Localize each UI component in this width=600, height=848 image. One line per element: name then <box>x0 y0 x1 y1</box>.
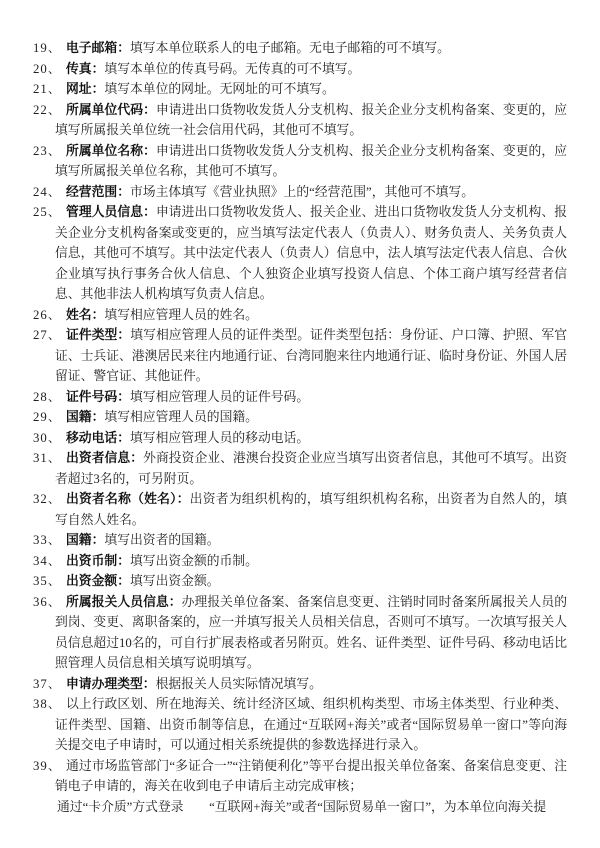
list-item: 24、 经营范围：市场主体填写《营业执照》上的“经营范围”，其他可不填写。 <box>55 182 567 203</box>
item-number: 31、 <box>33 448 62 469</box>
item-label: 电子邮箱： <box>66 41 130 55</box>
item-text: 填写出资者的国籍。 <box>104 533 219 547</box>
item-paragraph: 移动电话：填写相应管理人员的移动电话。 <box>55 428 567 449</box>
item-label: 出资者信息： <box>66 451 143 465</box>
list-item: 39、 通过市场监管部门“多证合一”“注销便利化”等平台提出报关单位备案、备案信… <box>55 756 567 818</box>
item-number: 24、 <box>33 182 62 203</box>
item-label: 所属单位名称： <box>66 144 156 158</box>
item-paragraph: 所属单位名称：申请进出口货物收发货人分支机构、报关企业分支机构备案、变更的，应填… <box>55 141 567 182</box>
item-paragraph: 姓名：填写相应管理人员的姓名。 <box>55 305 567 326</box>
item-paragraph: 国籍：填写相应管理人员的国籍。 <box>55 407 567 428</box>
item-paragraph: 证件号码：填写相应管理人员的证件号码。 <box>55 387 567 408</box>
list-item: 33、 国籍：填写出资者的国籍。 <box>55 530 567 551</box>
item-text: 填写相应管理人员的姓名。 <box>104 308 258 322</box>
item-label: 国籍： <box>66 533 104 547</box>
item-paragraph: 出资者信息：外商投资企业、港澳台投资企业应当填写出资者信息，其他可不填写。出资者… <box>55 448 567 489</box>
item-label: 经营范围： <box>66 185 130 199</box>
list-item: 34、 出资币制：填写出资金额的币制。 <box>55 551 567 572</box>
item-paragraph: 出资币制：填写出资金额的币制。 <box>55 551 567 572</box>
list-item: 37、 申请办理类型：根据报关人员实际情况填写。 <box>55 674 567 695</box>
item-paragraph: 所属报关人员信息：办理报关单位备案、备案信息变更、注销时同时备案所属报关人员的到… <box>55 592 567 674</box>
item-number: 23、 <box>33 141 62 162</box>
item-number: 28、 <box>33 387 62 408</box>
item-number: 21、 <box>33 79 62 100</box>
list-item: 26、 姓名：填写相应管理人员的姓名。 <box>55 305 567 326</box>
list-item: 23、 所属单位名称：申请进出口货物收发货人分支机构、报关企业分支机构备案、变更… <box>55 141 567 182</box>
list-item: 31、 出资者信息：外商投资企业、港澳台投资企业应当填写出资者信息，其他可不填写… <box>55 448 567 489</box>
item-paragraph: 经营范围：市场主体填写《营业执照》上的“经营范围”，其他可不填写。 <box>55 182 567 203</box>
item-paragraph: 以上行政区划、所在地海关、统计经济区域、组织机构类型、市场主体类型、行业种类、证… <box>55 694 567 756</box>
item-paragraph: 电子邮箱：填写本单位联系人的电子邮箱。无电子邮箱的可不填写。 <box>55 38 567 59</box>
item-text: 以上行政区划、所在地海关、统计经济区域、组织机构类型、市场主体类型、行业种类、证… <box>55 697 567 752</box>
item-number: 32、 <box>33 489 62 510</box>
item-label: 证件类型： <box>66 328 130 342</box>
list-item: 32、 出资者名称（姓名）：出资者为组织机构的，填写组织机构名称，出资者为自然人… <box>55 489 567 530</box>
item-text: 根据报关人员实际情况填写。 <box>156 677 322 691</box>
list-item: 19、 电子邮箱：填写本单位联系人的电子邮箱。无电子邮箱的可不填写。 <box>55 38 567 59</box>
item-text: 申请进出口货物收发货人、报关企业、进出口货物收发货人分支机构、报关企业分支机构备… <box>55 205 567 301</box>
item-number: 37、 <box>33 674 62 695</box>
item-text: 填写本单位的网址。无网址的可不填写。 <box>104 82 334 96</box>
item-text: 市场主体填写《营业执照》上的“经营范围”，其他可不填写。 <box>130 185 474 199</box>
item-paragraph: 证件类型：填写相应管理人员的证件类型。证件类型包括：身份证、户口簿、护照、军官证… <box>55 325 567 387</box>
item-paragraph-2: 通过“卡介质”方式登录 “互联网+海关”或者“国际贸易单一窗口”，为本单位向海关… <box>55 797 567 818</box>
item-number: 35、 <box>33 571 62 592</box>
item-paragraph: 出资者名称（姓名）：出资者为组织机构的，填写组织机构名称，出资者为自然人的，填写… <box>55 489 567 530</box>
item-paragraph: 管理人员信息：申请进出口货物收发货人、报关企业、进出口货物收发货人分支机构、报关… <box>55 202 567 305</box>
item-label: 传真： <box>66 62 104 76</box>
item-label: 证件号码： <box>66 390 130 404</box>
item-text: 填写本单位联系人的电子邮箱。无电子邮箱的可不填写。 <box>130 41 450 55</box>
item-number: 26、 <box>33 305 62 326</box>
item-label: 网址： <box>66 82 104 96</box>
item-label: 国籍： <box>66 410 104 424</box>
item-number: 38、 <box>33 694 62 715</box>
item-number: 39、 <box>33 756 62 777</box>
item-text: 填写相应管理人员的证件号码。 <box>130 390 309 404</box>
item-label: 申请办理类型： <box>66 677 156 691</box>
item-text: 通过市场监管部门“多证合一”“注销便利化”等平台提出报关单位备案、备案信息变更、… <box>55 759 567 794</box>
item-label: 姓名： <box>66 308 104 322</box>
list-item: 21、 网址：填写本单位的网址。无网址的可不填写。 <box>55 79 567 100</box>
item-number: 19、 <box>33 38 62 59</box>
item-paragraph: 国籍：填写出资者的国籍。 <box>55 530 567 551</box>
item-number: 20、 <box>33 59 62 80</box>
list-item: 28、 证件号码：填写相应管理人员的证件号码。 <box>55 387 567 408</box>
item-number: 29、 <box>33 407 62 428</box>
item-text: 填写相应管理人员的国籍。 <box>104 410 258 424</box>
item-text: 填写相应管理人员的移动电话。 <box>130 431 309 445</box>
item-paragraph: 传真：填写本单位的传真号码。无传真的可不填写。 <box>55 59 567 80</box>
item-number: 36、 <box>33 592 62 613</box>
item-number: 27、 <box>33 325 62 346</box>
list-item: 22、 所属单位代码：申请进出口货物收发货人分支机构、报关企业分支机构备案、变更… <box>55 100 567 141</box>
item-text: 填写出资金额。 <box>130 574 220 588</box>
list-item: 35、 出资金额：填写出资金额。 <box>55 571 567 592</box>
item-number: 34、 <box>33 551 62 572</box>
item-paragraph: 网址：填写本单位的网址。无网址的可不填写。 <box>55 79 567 100</box>
list-item: 29、 国籍：填写相应管理人员的国籍。 <box>55 407 567 428</box>
document-page: 19、 电子邮箱：填写本单位联系人的电子邮箱。无电子邮箱的可不填写。 20、 传… <box>0 0 600 848</box>
item-paragraph: 出资金额：填写出资金额。 <box>55 571 567 592</box>
item-text: 填写相应管理人员的证件类型。证件类型包括：身份证、户口簿、护照、军官证、士兵证、… <box>55 328 567 383</box>
item-label: 移动电话： <box>66 431 130 445</box>
list-item: 20、 传真：填写本单位的传真号码。无传真的可不填写。 <box>55 59 567 80</box>
list-item: 25、 管理人员信息：申请进出口货物收发货人、报关企业、进出口货物收发货人分支机… <box>55 202 567 305</box>
instruction-list: 19、 电子邮箱：填写本单位联系人的电子邮箱。无电子邮箱的可不填写。 20、 传… <box>55 38 567 817</box>
item-label: 出资币制： <box>66 554 130 568</box>
item-label: 出资者名称（姓名）： <box>66 492 190 506</box>
list-item: 36、 所属报关人员信息：办理报关单位备案、备案信息变更、注销时同时备案所属报关… <box>55 592 567 674</box>
item-paragraph: 通过市场监管部门“多证合一”“注销便利化”等平台提出报关单位备案、备案信息变更、… <box>55 756 567 797</box>
list-item: 38、 以上行政区划、所在地海关、统计经济区域、组织机构类型、市场主体类型、行业… <box>55 694 567 756</box>
item-label: 所属报关人员信息： <box>66 595 182 609</box>
item-number: 30、 <box>33 428 62 449</box>
item-paragraph: 所属单位代码：申请进出口货物收发货人分支机构、报关企业分支机构备案、变更的，应填… <box>55 100 567 141</box>
list-item: 27、 证件类型：填写相应管理人员的证件类型。证件类型包括：身份证、户口簿、护照… <box>55 325 567 387</box>
item-number: 25、 <box>33 202 62 223</box>
item-text: 填写出资金额的币制。 <box>130 554 258 568</box>
item-label: 管理人员信息： <box>66 205 156 219</box>
item-label: 所属单位代码： <box>66 103 156 117</box>
item-label: 出资金额： <box>66 574 130 588</box>
item-paragraph: 申请办理类型：根据报关人员实际情况填写。 <box>55 674 567 695</box>
list-item: 30、 移动电话：填写相应管理人员的移动电话。 <box>55 428 567 449</box>
item-text: 填写本单位的传真号码。无传真的可不填写。 <box>104 62 360 76</box>
item-number: 33、 <box>33 530 62 551</box>
item-number: 22、 <box>33 100 62 121</box>
